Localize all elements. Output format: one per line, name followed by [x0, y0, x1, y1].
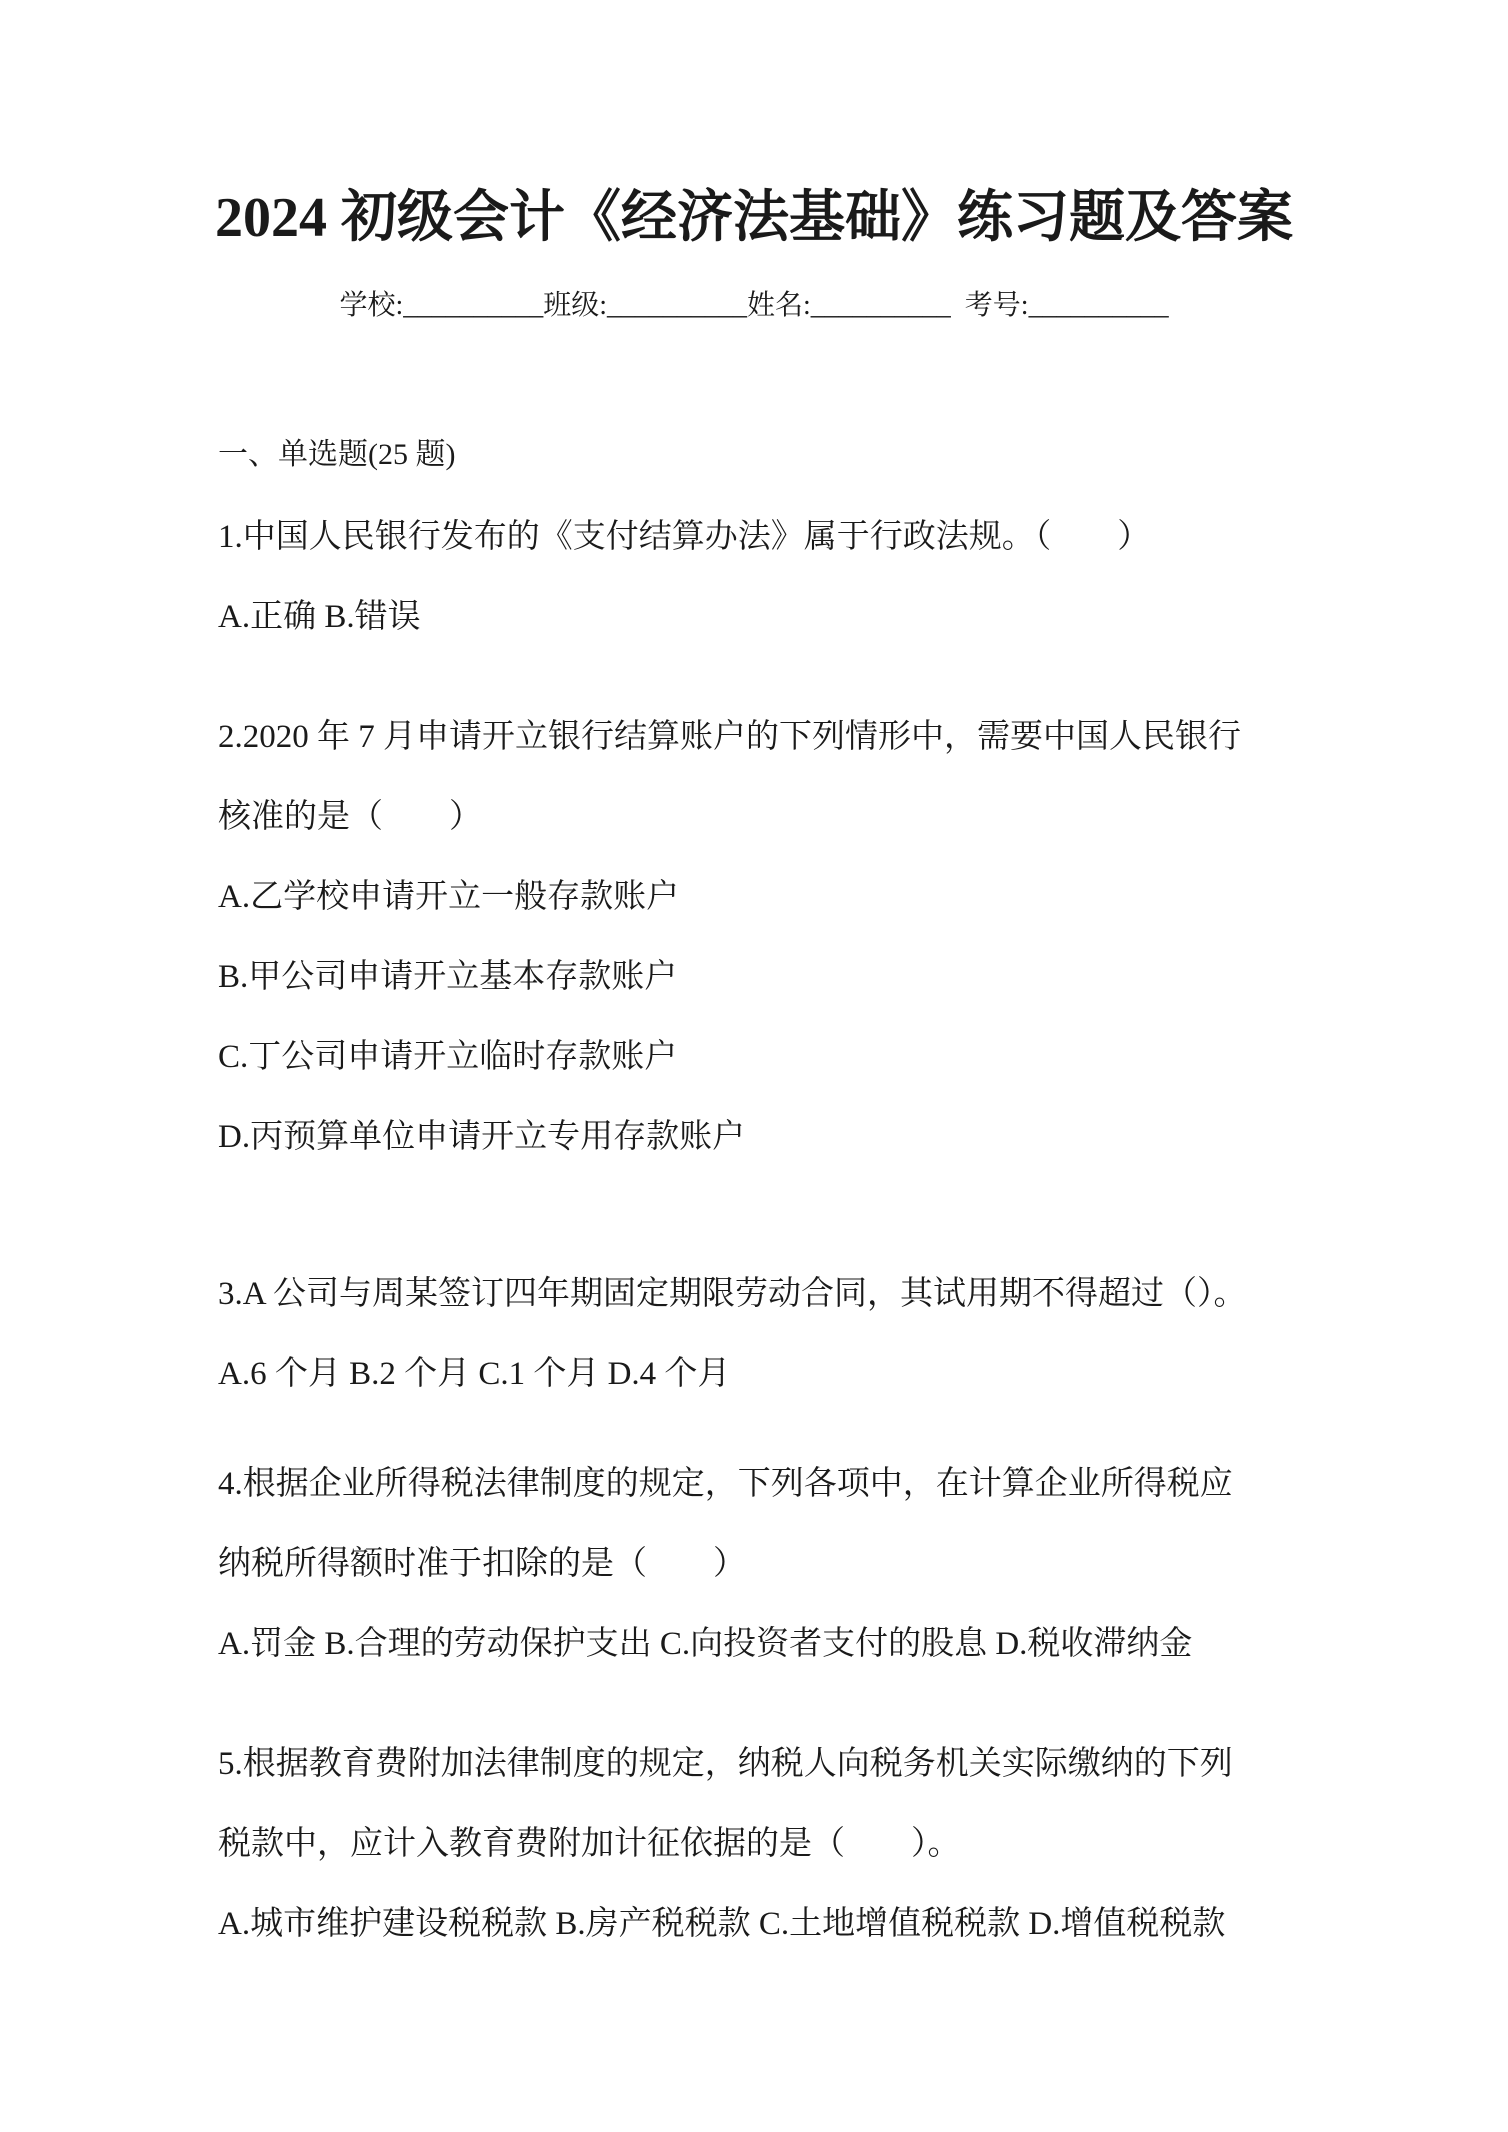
question-line: 5.根据教育费附加法律制度的规定，纳税人向税务机关实际缴纳的下列	[218, 1724, 1468, 1804]
meta-field-class: 班级:__________	[543, 290, 747, 321]
exam-title: 2024 初级会计《经济法基础》练习题及答案	[0, 0, 1508, 250]
question-line: 税款中，应计入教育费附加计征依据的是（ ）。	[218, 1804, 1468, 1884]
question-line: 纳税所得额时准于扣除的是（ ）	[218, 1524, 1468, 1604]
question-line: 2.2020 年 7 月申请开立银行结算账户的下列情形中，需要中国人民银行	[218, 697, 1468, 777]
meta-field-examno: 考号:__________	[965, 290, 1169, 321]
question-line: 核准的是（ ）	[218, 777, 1468, 857]
meta-blank-examno: __________	[1029, 290, 1169, 321]
options-line: A.城市维护建设税税款 B.房产税税款 C.土地增值税税款 D.增值税税款	[218, 1884, 1468, 1964]
options-line: D.丙预算单位申请开立专用存款账户	[218, 1097, 1468, 1177]
options-line: C.丁公司申请开立临时存款账户	[218, 1017, 1468, 1097]
options-line: A.乙学校申请开立一般存款账户	[218, 857, 1468, 937]
question-block-5: 5.根据教育费附加法律制度的规定，纳税人向税务机关实际缴纳的下列 税款中，应计入…	[218, 1724, 1468, 1964]
meta-label-class: 班级:	[543, 290, 607, 321]
meta-label-examno: 考号:	[965, 290, 1029, 321]
section-heading: 一、单选题(25 题)	[218, 415, 1468, 495]
document-page: 2024 初级会计《经济法基础》练习题及答案 学校:__________班级:_…	[0, 0, 1508, 2132]
options-line: A.正确 B.错误	[218, 577, 1468, 657]
meta-label-school: 学校:	[339, 290, 403, 321]
options-line: A.6 个月 B.2 个月 C.1 个月 D.4 个月	[218, 1334, 1468, 1414]
document-body: 一、单选题(25 题) 1.中国人民银行发布的《支付结算办法》属于行政法规。（ …	[0, 415, 1508, 1964]
question-line: 1.中国人民银行发布的《支付结算办法》属于行政法规。（ ）	[218, 497, 1468, 577]
meta-blank-class: __________	[607, 290, 747, 321]
options-line: A.罚金 B.合理的劳动保护支出 C.向投资者支付的股息 D.税收滞纳金	[218, 1604, 1468, 1684]
question-block-3: 3.A 公司与周某签订四年期固定期限劳动合同，其试用期不得超过（）。 A.6 个…	[218, 1254, 1468, 1414]
meta-blank-school: __________	[403, 290, 543, 321]
meta-blank-name: __________	[811, 290, 951, 321]
question-line: 3.A 公司与周某签订四年期固定期限劳动合同，其试用期不得超过（）。	[218, 1254, 1468, 1334]
question-block-1: 1.中国人民银行发布的《支付结算办法》属于行政法规。（ ） A.正确 B.错误	[218, 497, 1468, 657]
meta-row: 学校:__________班级:__________姓名:__________考…	[0, 286, 1508, 326]
options-line: B.甲公司申请开立基本存款账户	[218, 937, 1468, 1017]
question-line: 4.根据企业所得税法律制度的规定，下列各项中，在计算企业所得税应	[218, 1444, 1468, 1524]
meta-field-school: 学校:__________	[339, 290, 543, 321]
meta-field-name: 姓名:__________	[747, 290, 951, 321]
question-block-4: 4.根据企业所得税法律制度的规定，下列各项中，在计算企业所得税应 纳税所得额时准…	[218, 1444, 1468, 1684]
meta-label-name: 姓名:	[747, 290, 811, 321]
question-block-2: 2.2020 年 7 月申请开立银行结算账户的下列情形中，需要中国人民银行 核准…	[218, 697, 1468, 1177]
